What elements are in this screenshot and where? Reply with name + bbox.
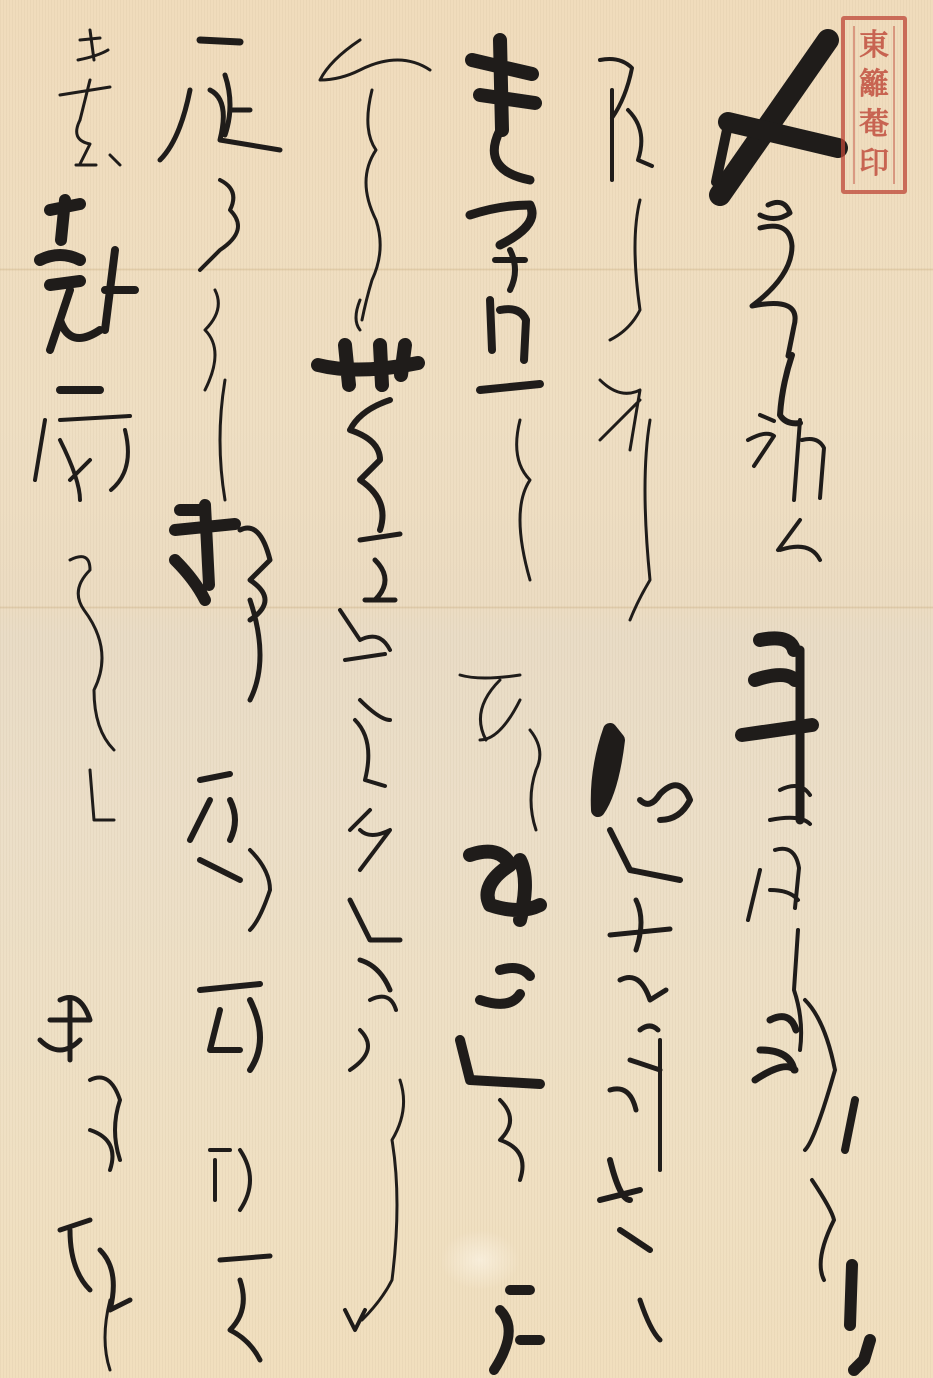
column-4-ink [320,40,430,330]
column-7-ink [35,30,135,1370]
seal-character: 菴 [859,110,889,140]
column-1-ink [716,40,870,1370]
calligraphy-strokes [0,0,933,1378]
column-5-ink [318,345,418,1330]
column-3-ink [460,40,540,1370]
seal-character: 東 [859,31,889,61]
column-2-ink [598,59,690,1340]
seal-character: 印 [859,149,889,179]
red-seal-stamp: 東 籬 菴 印 [841,16,907,194]
seal-character: 籬 [859,70,889,100]
column-6-ink [160,40,280,1360]
calligraphy-paper: 東 籬 菴 印 [0,0,933,1378]
